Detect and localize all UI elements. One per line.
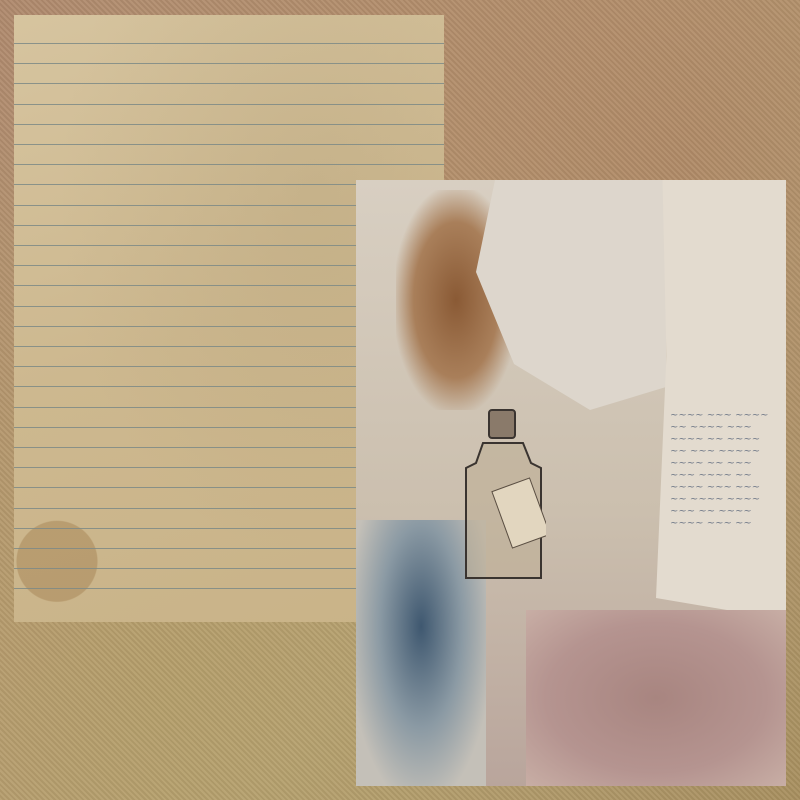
- ruled-line: [14, 104, 444, 105]
- mauve-paper-panel: [526, 610, 786, 786]
- ink-bottle-illustration: [461, 408, 546, 588]
- ruled-line: [14, 124, 444, 125]
- ruled-line: [14, 144, 444, 145]
- ruled-line: [14, 164, 444, 165]
- handwritten-letter-fragment: ~~~~ ~~~ ~~~~~~ ~~~~ ~~~~~~~ ~~ ~~~~~~ ~…: [656, 180, 786, 620]
- ruled-line: [14, 63, 444, 64]
- handwriting-script: ~~~~ ~~~ ~~~~~~ ~~~~ ~~~~~~~ ~~ ~~~~~~ ~…: [670, 410, 780, 530]
- torn-paper-collage: ~~~~ ~~~ ~~~~~~ ~~~~ ~~~~~~~ ~~ ~~~~~~ ~…: [356, 180, 786, 786]
- ruled-line: [14, 43, 444, 44]
- ruled-line: [14, 83, 444, 84]
